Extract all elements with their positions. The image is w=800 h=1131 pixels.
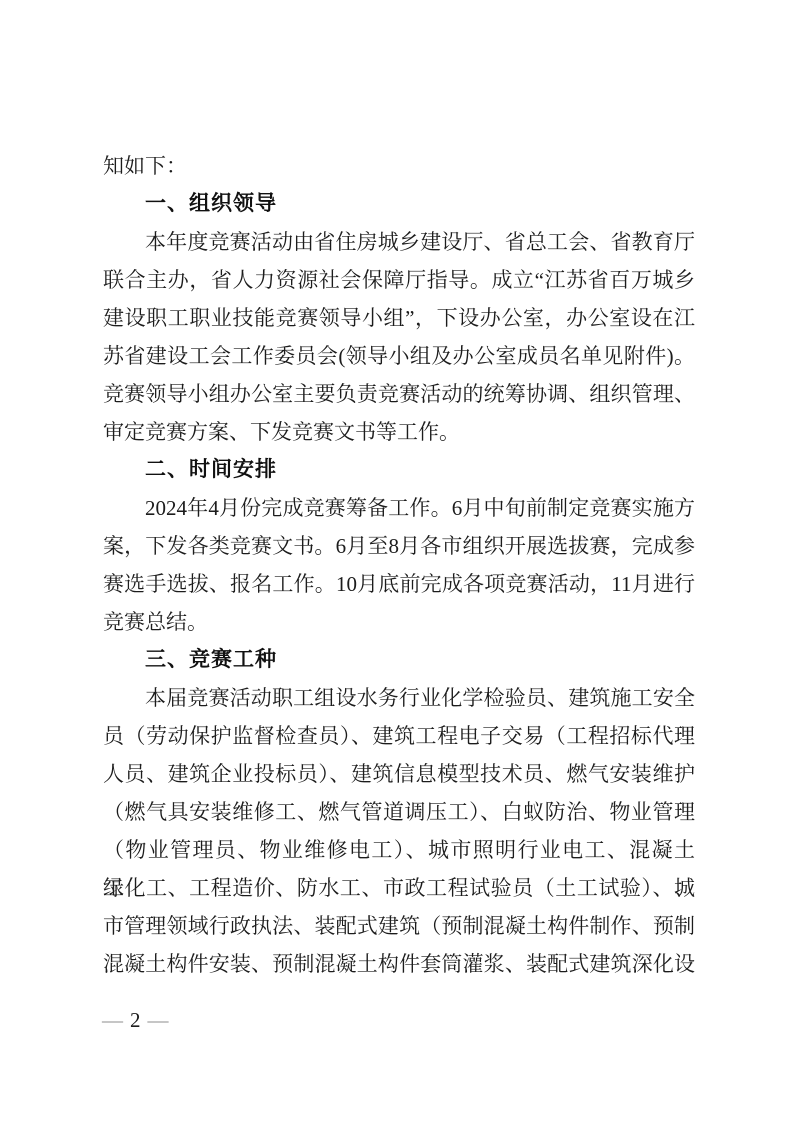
- paragraph-line: 竞赛总结。: [103, 603, 695, 641]
- paragraph-line: 本届竞赛活动职工组设水务行业化学检验员、建筑施工安全: [103, 679, 695, 717]
- section-2-heading: 二、时间安排: [103, 451, 695, 489]
- paragraph-line: （燃气具安装维修工、燃气管道调压工）、白蚁防治、物业管理: [103, 793, 695, 831]
- document-body: 知如下： 一、组织领导 本年度竞赛活动由省住房城乡建设厅、省总工会、省教育厅 联…: [103, 147, 695, 983]
- paragraph-line: 竞赛领导小组办公室主要负责竞赛活动的统筹协调、组织管理、: [103, 375, 695, 413]
- document-page: 知如下： 一、组织领导 本年度竞赛活动由省住房城乡建设厅、省总工会、省教育厅 联…: [0, 0, 800, 1131]
- paragraph-line: 联合主办，省人力资源社会保障厅指导。成立“江苏省百万城乡: [103, 261, 695, 299]
- paragraph-line: 员（劳动保护监督检查员）、建筑工程电子交易（工程招标代理: [103, 717, 695, 755]
- paragraph-line: 审定竞赛方案、下发竞赛文书等工作。: [103, 413, 695, 451]
- paragraph-line: 市管理领域行政执法、装配式建筑（预制混凝土构件制作、预制: [103, 907, 695, 945]
- paragraph-line: 赛选手选拔、报名工作。10月底前完成各项竞赛活动，11月进行: [103, 565, 695, 603]
- page-footer: —2—: [102, 1002, 169, 1038]
- footer-dash-right: —: [148, 1008, 169, 1032]
- paragraph-line: 混凝土构件安装、预制混凝土构件套筒灌浆、装配式建筑深化设: [103, 945, 695, 983]
- footer-dash-left: —: [102, 1008, 123, 1032]
- paragraph-line: 建设职工职业技能竞赛领导小组”，下设办公室，办公室设在江: [103, 299, 695, 337]
- paragraph-line: 本年度竞赛活动由省住房城乡建设厅、省总工会、省教育厅: [103, 223, 695, 261]
- paragraph-line: 案，下发各类竞赛文书。6月至8月各市组织开展选拔赛，完成参: [103, 527, 695, 565]
- section-1-heading: 一、组织领导: [103, 185, 695, 223]
- section-3-heading: 三、竞赛工种: [103, 641, 695, 679]
- paragraph-line: 绿化工、工程造价、防水工、市政工程试验员（土工试验）、城: [103, 869, 695, 907]
- paragraph-line: 苏省建设工会工作委员会(领导小组及办公室成员名单见附件)。: [103, 337, 695, 375]
- paragraph-line: 2024年4月份完成竞赛筹备工作。6月中旬前制定竞赛实施方: [103, 489, 695, 527]
- paragraph-line: 人员、建筑企业投标员）、建筑信息模型技术员、燃气安装维护: [103, 755, 695, 793]
- intro-continuation-line: 知如下：: [103, 147, 695, 185]
- paragraph-line: （物业管理员、物业维修电工）、城市照明行业电工、混凝土工、: [103, 831, 695, 869]
- page-number: 2: [130, 1008, 141, 1032]
